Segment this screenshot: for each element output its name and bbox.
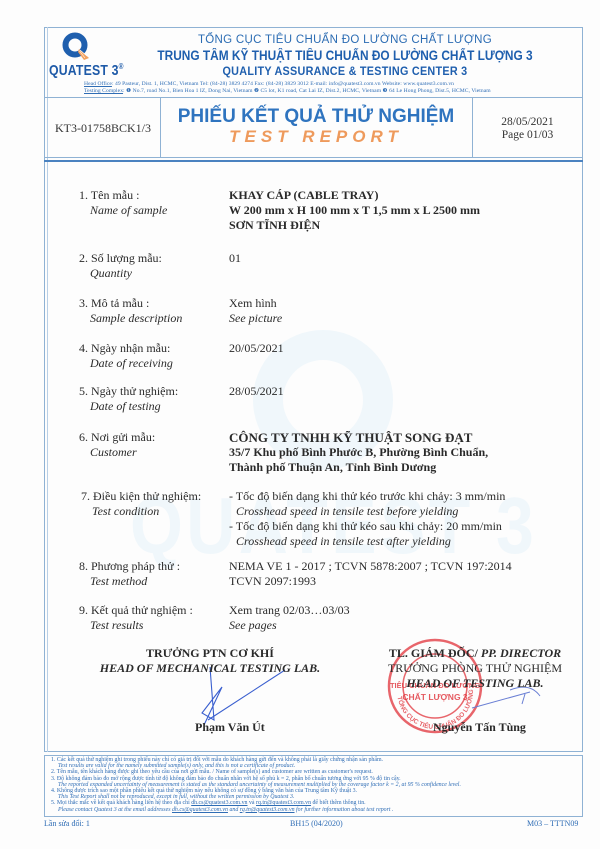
note-5-en: Please contact Quatest 3 at the email ad… [51, 807, 576, 813]
terms-notes: 1. Các kết quả thử nghiệm ghi trong phiế… [44, 755, 583, 817]
field-label: 1. Tên mẫu : [79, 188, 229, 203]
field-value: Xem hình [229, 296, 589, 311]
field-value: - Tốc độ biến dạng khi thử kéo trước khi… [229, 489, 589, 504]
field-label: 5. Ngày thử nghiệm: [79, 384, 229, 399]
field-value: KHAY CÁP (CABLE TRAY) [229, 188, 589, 203]
agency-name: TỔNG CỤC TIÊU CHUẨN ĐO LƯỜNG CHẤT LƯỢNG [110, 34, 580, 46]
field-value: - Tốc độ biến dạng khi thử kéo sau khi c… [229, 519, 589, 534]
field-label: 4. Ngày nhận mẫu: [79, 341, 229, 356]
field-value: Crosshead speed in tensile test before y… [229, 504, 589, 519]
email-link[interactable]: dh.cs@quatest3.com.vn [191, 800, 247, 806]
page-number: Page 01/03 [472, 129, 583, 142]
field-value: 28/05/2021 [229, 384, 589, 399]
signature-block-right: TL. GIÁM ĐỐC/ PP. DIRECTOR TRƯỞNG PHÒNG … [360, 646, 590, 691]
email-link[interactable]: dh.cs@quatest3.com.vn [172, 807, 228, 813]
field-label-en: Date of testing [79, 399, 229, 414]
document-code: M03 – TTTN09 [527, 819, 578, 828]
field-label: 2. Số lượng mẫu: [79, 251, 229, 266]
field-value: 01 [229, 251, 589, 266]
field-value: 20/05/2021 [229, 341, 589, 356]
report-title-vn: PHIẾU KẾT QUẢ THỬ NGHIỆM [160, 106, 472, 128]
field-label: 3. Mô tả mẫu : [79, 296, 229, 311]
email-link[interactable]: rq.tn@quatest3.com.vn [240, 807, 295, 813]
signatory-name-left: Phạm Văn Út [195, 720, 265, 735]
field-value: 35/7 Khu phố Bình Phước B, Phường Bình C… [229, 445, 589, 460]
signatory-title: TRƯỞNG PHÒNG THỬ NGHIỆM [360, 661, 590, 676]
quatest-logo: QUATEST 3® [48, 32, 108, 82]
field-label: 8. Phương pháp thử : [79, 559, 229, 574]
field-label: 7. Điều kiện thử nghiệm: [81, 489, 231, 504]
center-name-en: QUALITY ASSURANCE & TESTING CENTER 3 [134, 64, 557, 78]
field-label-en: Test method [79, 574, 229, 589]
band-divider [44, 160, 583, 162]
field-label-en: Date of receiving [79, 356, 229, 371]
signatory-authority: TL. GIÁM ĐỐC/ PP. DIRECTOR [360, 646, 590, 661]
logo-wordmark: QUATEST 3® [49, 62, 124, 79]
signatory-subtitle: HEAD OF MECHANICAL TESTING LAB. [80, 661, 340, 676]
field-value: SƠN TĨNH ĐIỆN [229, 218, 589, 233]
signatory-title: TRƯỞNG PTN CƠ KHÍ [80, 646, 340, 661]
field-value: TCVN 2097:1993 [229, 574, 589, 589]
svg-text:CHẤT LƯỢNG 3: CHẤT LƯỢNG 3 [402, 692, 468, 702]
band-divider [44, 97, 583, 98]
form-code: BH15 (04/2020) [290, 819, 343, 828]
field-value: W 200 mm x H 100 mm x T 1,5 mm x L 2500 … [229, 203, 589, 218]
field-label-en: Customer [79, 445, 229, 460]
head-office-address: Head Office: 49 Pasteur, Dist. 1, HCMC, … [84, 81, 454, 87]
field-value: See picture [229, 311, 589, 326]
band-divider [44, 157, 583, 158]
field-label: 9. Kết quả thử nghiệm : [79, 603, 229, 618]
field-label-en: Test condition [81, 504, 231, 519]
testing-complex-address: Testing Complex: ❶ No.7, road No.1, Bien… [84, 88, 491, 94]
signatory-subtitle: HEAD OF TESTING LAB. [360, 676, 590, 691]
revision-number: Lần sửa đổi: 1 [44, 819, 90, 828]
field-label-en: Name of sample [79, 203, 229, 218]
report-number: KT3-01758BCK1/3 [48, 121, 158, 136]
field-value: See pages [229, 618, 589, 633]
signature-block-left: TRƯỞNG PTN CƠ KHÍ HEAD OF MECHANICAL TES… [80, 646, 340, 676]
email-link[interactable]: rq.tn@quatest3.com.vn [256, 800, 311, 806]
report-date: 28/05/2021 [472, 116, 583, 129]
field-label-en: Sample description [79, 311, 229, 326]
field-value: NEMA VE 1 - 2017 ; TCVN 5878:2007 ; TCVN… [229, 559, 589, 574]
field-value: CÔNG TY TNHH KỸ THUẬT SONG ĐẠT [229, 430, 589, 445]
field-value: Xem trang 02/03…03/03 [229, 603, 589, 618]
report-date-page: 28/05/2021 Page 01/03 [472, 116, 583, 142]
center-name-vn: TRUNG TÂM KỸ THUẬT TIÊU CHUẨN ĐO LƯỜNG C… [138, 48, 552, 63]
field-label: 6. Nơi gửi mẫu: [79, 430, 229, 445]
q-logo-icon [62, 32, 92, 62]
field-value: Crosshead speed in tensile test after yi… [229, 534, 589, 549]
signatory-name-right: Nguyễn Tấn Tùng [433, 720, 526, 735]
field-label-en: Test results [79, 618, 229, 633]
report-title-en: TEST REPORT [160, 127, 472, 147]
field-value: Thành phố Thuận An, Tỉnh Bình Dương [229, 460, 589, 475]
field-label-en: Quantity [79, 266, 229, 281]
